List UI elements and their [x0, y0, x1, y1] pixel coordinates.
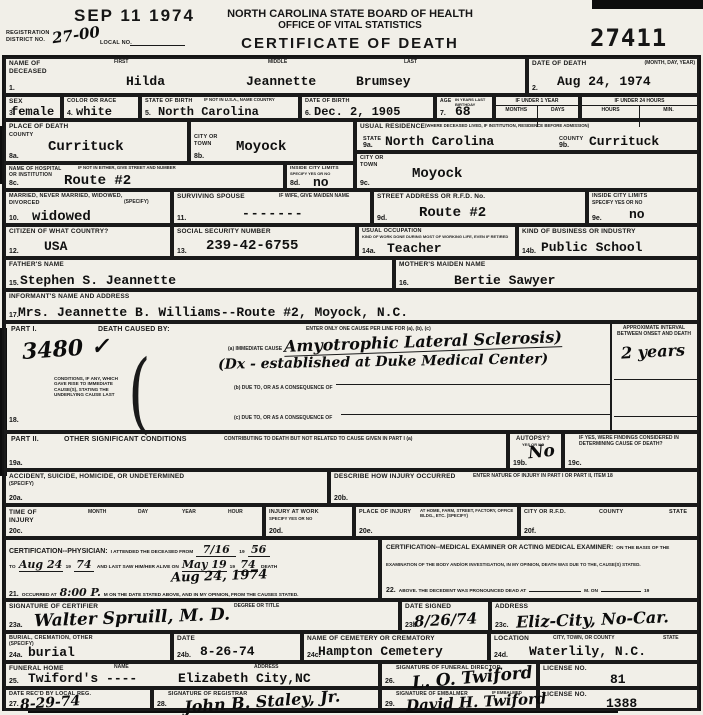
item-number: 13. [177, 248, 187, 255]
field-registrar-signature: SIGNATURE OF REGISTRAR John B. Staley, J… [152, 688, 380, 711]
address-label: ADDRESS [495, 603, 528, 611]
due-to-b-blank [336, 384, 611, 385]
date-signed-handwritten: 8/26/74 [414, 609, 478, 630]
field-ssn: SOCIAL SECURITY NUMBER 239-42-6755 13. [172, 225, 357, 258]
date-of-death-value: Aug 24, 1974 [557, 74, 651, 89]
field-date-received: DATE REC'D BY LOCAL REG. 8-29-74 27. [4, 688, 152, 711]
race-label: COLOR OR RACE [67, 98, 116, 105]
item-number: 8c. [9, 180, 19, 187]
field-certification-physician: CERTIFICATION--PHYSICIAN: I ATTENDED THE… [4, 538, 380, 600]
cert-physician-title: CERTIFICATION--PHYSICIAN: [9, 548, 108, 555]
item-number: 15. [9, 280, 19, 287]
item-number: 22. [386, 587, 396, 594]
state-of-birth-value: North Carolina [158, 105, 259, 119]
occupation-sub: KIND OF WORK DONE DURING MOST OF WORKING… [362, 235, 512, 240]
field-injury-description: DESCRIBE HOW INJURY OCCURRED ENTER NATUR… [329, 470, 699, 505]
place-of-injury-label: PLACE OF INJURY [359, 509, 411, 516]
city-or-rfd-label: CITY OR R.F.D. [524, 509, 566, 516]
under-1-year-label: IF UNDER 1 YEAR [496, 97, 578, 106]
item-number: 3. [9, 110, 15, 117]
field-disposition: BURIAL, CREMATION, OTHER (SPECIFY) buria… [4, 632, 172, 662]
item-number: 9c. [360, 180, 370, 187]
location-value: Waterlily, N.C. [529, 644, 646, 659]
item-number: 20f. [524, 528, 536, 535]
injury-state-label: STATE [669, 509, 687, 516]
field-state-of-birth: STATE OF BIRTH IF NOT IN U.S.A., NAME CO… [140, 95, 300, 120]
residence-city-value: Moyock [412, 166, 462, 182]
item-number: 20d. [269, 528, 283, 535]
hospital-sub: IF NOT IN EITHER, GIVE STREET AND NUMBER [78, 166, 248, 171]
field-inside-city-limits-9e: INSIDE CITY LIMITS SPECIFY YES OR NO no … [587, 190, 699, 225]
inside-city-value: no [313, 175, 329, 190]
middle-name-value: Jeannette [246, 74, 316, 89]
item-number: 2. [532, 85, 538, 92]
date-signed-label: DATE SIGNED [405, 603, 451, 611]
section-part1-cause-of-death: PART I. DEATH CAUSED BY: ENTER ONLY ONE … [4, 322, 699, 432]
form-header: NORTH CAROLINA STATE BOARD OF HEALTH OFF… [170, 8, 530, 52]
form-title: CERTIFICATE OF DEATH [170, 35, 530, 52]
disposition-value: burial [28, 645, 75, 660]
certificate-number: 27411 [590, 24, 667, 52]
hour-label: HOUR [228, 510, 243, 516]
pronounced-dead-label: ABOVE. THE DECEDENT WAS PRONOUNCED DEAD … [399, 589, 526, 594]
time-of-injury-label: TIME OF INJURY [9, 509, 45, 525]
last-saw-alive-label: AND LAST SAW HIM/HER ALIVE ON [97, 565, 179, 570]
city-or-town-label: CITY OR TOWN [194, 134, 224, 147]
item-number: 26. [385, 678, 395, 685]
state-of-birth-sub: IF NOT IN U.S.A., NAME COUNTRY [204, 98, 294, 103]
field-embalmer-license: LICENSE NO. 1388 [538, 688, 699, 711]
spouse-label: SURVIVING SPOUSE [177, 193, 245, 201]
item-number: 24c. [307, 652, 321, 659]
item-number: 12. [9, 248, 19, 255]
attended-from-handwritten: 7/16 [196, 543, 236, 557]
scan-artifact-top-right [592, 0, 703, 9]
street-address-label: STREET ADDRESS OR R.F.D. No. [377, 193, 485, 201]
spouse-sub: IF WIFE, GIVE MAIDEN NAME [279, 194, 349, 200]
location-sub: CITY, TOWN, OR COUNTY [553, 636, 615, 642]
field-citizen: CITIZEN OF WHAT COUNTRY? USA 12. [4, 225, 172, 258]
item-number: 17. [9, 312, 19, 319]
license-no-value: 81 [610, 672, 626, 687]
item-number: 7. [440, 110, 446, 117]
findings-label: IF YES, WERE FINDINGS CONSIDERED IN DETE… [579, 436, 697, 448]
field-informant: INFORMANT'S NAME AND ADDRESS Mrs. Jeanne… [4, 290, 699, 322]
ssn-value: 239-42-6755 [206, 238, 298, 254]
conditions-note: CONDITIONS, IF ANY, WHICH GAVE RISE TO I… [54, 376, 124, 397]
field-funeral-home: FUNERAL HOME NAME ADDRESS Twiford's ----… [4, 662, 380, 688]
street-address-value: Route #2 [419, 205, 486, 221]
injury-desc-label: DESCRIBE HOW INJURY OCCURRED [334, 473, 456, 481]
county-value: Currituck [48, 139, 124, 155]
item-number: 9b. [559, 142, 569, 149]
informant-label: INFORMANT'S NAME AND ADDRESS [9, 293, 129, 301]
residence-county-value: Currituck [589, 134, 659, 149]
field-autopsy-findings: IF YES, WERE FINDINGS CONSIDERED IN DETE… [563, 432, 699, 470]
field-color-or-race: COLOR OR RACE white 4. [62, 95, 140, 120]
hospital-value: Route #2 [64, 173, 131, 189]
item-number: 8d. [290, 180, 300, 187]
age-label: AGE [440, 98, 451, 104]
funeral-home-name-value: Twiford's ---- [28, 671, 137, 686]
field-certifier-signature: SIGNATURE OF CERTIFIER DEGREE OR TITLE W… [4, 600, 400, 632]
interval-label: APPROXIMATE INTERVAL BETWEEN ONSET AND D… [615, 326, 693, 338]
pronounced-time-blank [529, 584, 581, 592]
funeral-home-address-value: Elizabeth City,NC [178, 671, 311, 686]
last-name-value: Brumsey [356, 74, 411, 89]
name-col-last: LAST [404, 60, 417, 66]
item-number: 14a. [362, 248, 376, 255]
item-number: 23a. [9, 622, 23, 629]
field-place-of-death-city: CITY OR TOWN Moyock 8b. [189, 120, 355, 163]
part2-sub: CONTRIBUTING TO DEATH BUT NOT RELATED TO… [224, 437, 494, 443]
disposition-date-value: 8-26-74 [200, 644, 255, 659]
location-state-sub: STATE [663, 636, 679, 642]
item-number: 27. [9, 701, 19, 708]
injury-at-work-sub: SPECIFY YES OR NO [269, 517, 312, 522]
citizen-label: CITIZEN OF WHAT COUNTRY? [9, 228, 108, 236]
item-number: 8b. [194, 153, 204, 160]
year-prefix: 19 [239, 550, 244, 555]
registration-district-block: REGISTRATION DISTRICT NO. [6, 30, 50, 43]
item-number: 29. [385, 701, 395, 708]
funeral-home-name-label: NAME [114, 665, 129, 671]
ssn-label: SOCIAL SECURITY NUMBER [177, 228, 271, 236]
field-date-of-death: DATE OF DEATH (MONTH, DAY, YEAR) Aug 24,… [527, 57, 699, 95]
item-number: 5. [145, 110, 151, 117]
under-24-hours-label: IF UNDER 24 HOURS [582, 97, 697, 106]
usual-residence-label: USUAL RESIDENCE [360, 123, 425, 131]
residence-state-value: North Carolina [385, 134, 494, 149]
field-embalmer-signature: SIGNATURE OF EMBALMER IF EMBALMED David … [380, 688, 538, 711]
item-number: 20e. [359, 528, 373, 535]
spouse-value: ------- [242, 206, 304, 221]
item-number: 23b. [405, 622, 419, 629]
city-value: Moyock [236, 139, 286, 155]
field-time-of-injury: TIME OF INJURY MONTH DAY YEAR HOUR 20c. [4, 505, 264, 538]
cert-examiner-title: CERTIFICATION--MEDICAL EXAMINER OR ACTIN… [386, 544, 613, 551]
sex-value: female [11, 105, 54, 119]
office-name: OFFICE OF VITAL STATISTICS [170, 20, 530, 31]
mother-value: Bertie Sawyer [454, 273, 555, 288]
field-age: AGE IN YEARS LAST BIRTHDAY 68 7. [435, 95, 494, 120]
to-label: TO [9, 565, 16, 570]
interval-value-handwritten: 2 years [621, 340, 686, 362]
hospital-label: NAME OF HOSPITAL OR INSTITUTION [9, 166, 67, 178]
field-residence-city: CITY OR TOWN Moyock 9c. [355, 152, 699, 190]
part1-label: PART I. [11, 326, 37, 334]
death-certificate-document: SEP 11 1974 REGISTRATION DISTRICT NO. 27… [0, 0, 703, 715]
name-col-middle: MIDDLE [268, 60, 287, 66]
check-mark: ✓ [90, 333, 110, 360]
funeral-home-address-label: ADDRESS [254, 665, 278, 671]
field-funeral-director-signature: SIGNATURE OF FUNERAL DIRECTOR L. O. Twif… [380, 662, 538, 688]
item-number: 24a. [9, 652, 23, 659]
item-number: 18. [9, 417, 19, 424]
board-name: NORTH CAROLINA STATE BOARD OF HEALTH [170, 8, 530, 20]
registration-label-line2: DISTRICT NO. [6, 37, 50, 44]
item-number: 4. [67, 110, 73, 117]
informant-value: Mrs. Jeannette B. Williams--Route #2, Mo… [18, 305, 408, 320]
field-mother-name: MOTHER'S MAIDEN NAME Bertie Sawyer 16. [394, 258, 699, 290]
field-cemetery-location: LOCATION CITY, TOWN, OR COUNTY STATE Wat… [489, 632, 699, 662]
date-received-handwritten: 8-29-74 [20, 693, 81, 713]
margin-code: 3480 [21, 335, 84, 365]
field-place-of-injury: PLACE OF INJURY AT HOME, FARM, STREET, F… [354, 505, 519, 538]
margin-code-handwritten: 3480 ✓ [21, 333, 110, 365]
attended-to-year-handwritten: 74 [74, 558, 94, 572]
item-number: 6. [305, 110, 311, 117]
item-number: 20a. [9, 495, 23, 502]
field-surviving-spouse: SURVIVING SPOUSE IF WIFE, GIVE MAIDEN NA… [172, 190, 372, 225]
immediate-cause-label: (a) IMMEDIATE CAUSE [228, 347, 282, 353]
item-number: 19a. [9, 460, 23, 467]
month-label: MONTH [88, 510, 106, 516]
field-place-of-death-county: PLACE OF DEATH COUNTY Currituck 8a. [4, 120, 189, 163]
field-name-of-deceased: NAME OF DECEASED FIRST MIDDLE LAST Hilda… [4, 57, 527, 95]
field-injury-location: CITY OR R.F.D. COUNTY STATE 20f. [519, 505, 699, 538]
father-value: Stephen S. Jeannette [20, 273, 176, 288]
item-number: 1. [9, 85, 15, 92]
part2-label: PART II. [11, 436, 39, 444]
due-to-b-label: (b) DUE TO, OR AS A CONSEQUENCE OF [234, 386, 333, 392]
interval-row-line-1 [614, 379, 697, 380]
state-of-birth-label: STATE OF BIRTH [145, 98, 193, 105]
field-if-under-24-hours: IF UNDER 24 HOURS HOURS MIN. [580, 95, 699, 120]
item-number: 21. [9, 591, 19, 598]
field-certification-examiner: CERTIFICATION--MEDICAL EXAMINER OR ACTIN… [380, 538, 699, 600]
part2-title: OTHER SIGNIFICANT CONDITIONS [64, 436, 187, 444]
item-number: 24d. [494, 652, 508, 659]
item-number: 20c. [9, 528, 23, 535]
location-label: LOCATION [494, 635, 529, 643]
degree-or-title-label: DEGREE OR TITLE [234, 604, 279, 610]
cert-physician-seg1: I ATTENDED THE DECEASED FROM [111, 550, 194, 555]
pronounced-date-blank [601, 584, 641, 592]
field-marital-status: MARRIED, NEVER MARRIED, WIDOWED, DIVORCE… [4, 190, 172, 225]
field-street-address: STREET ADDRESS OR R.F.D. No. Route #2 9d… [372, 190, 587, 225]
inside-city-value: no [629, 207, 645, 222]
race-value: white [76, 105, 112, 119]
father-label: FATHER'S NAME [9, 261, 64, 269]
injury-county-label: COUNTY [599, 509, 623, 516]
marital-label: MARRIED, NEVER MARRIED, WIDOWED, DIVORCE… [9, 193, 129, 206]
field-industry: KIND OF BUSINESS OR INDUSTRY Public Scho… [517, 225, 699, 258]
due-to-c-label: (c) DUE TO, OR AS A CONSEQUENCE OF [234, 416, 332, 422]
attended-from-year-handwritten: 56 [248, 543, 270, 557]
place-of-death-label: PLACE OF DEATH [9, 123, 68, 131]
item-number: 8a. [9, 153, 19, 160]
cemetery-value: Hampton Cemetery [318, 644, 443, 659]
item-number: 14b. [522, 248, 536, 255]
injury-desc-sub: ENTER NATURE OF INJURY IN PART I OR PART… [473, 474, 683, 480]
first-name-value: Hilda [126, 74, 165, 89]
field-hospital-or-institution: NAME OF HOSPITAL OR INSTITUTION IF NOT I… [4, 163, 285, 190]
field-cemetery: NAME OF CEMETERY OR CREMATORY Hampton Ce… [302, 632, 489, 662]
citizen-value: USA [44, 239, 67, 254]
date-of-death-label: DATE OF DEATH [532, 60, 586, 68]
occurred-at-label: OCCURRED AT [22, 593, 57, 598]
manner-label: ACCIDENT, SUICIDE, HOMICIDE, OR UNDETERM… [9, 473, 309, 481]
brace-glyph: ( [128, 341, 151, 443]
item-number: 25. [9, 678, 19, 685]
industry-value: Public School [541, 240, 642, 255]
death-date-overwrite-handwritten: Aug 24, 1974 [171, 567, 268, 585]
county-label: COUNTY [9, 132, 33, 139]
item-number: 9d. [377, 215, 387, 222]
item-number: 19b. [513, 460, 527, 467]
field-usual-residence: USUAL RESIDENCE (WHERE DECEASED LIVED, I… [355, 120, 699, 152]
time-of-death-handwritten: 8:00 P. [60, 586, 101, 600]
injury-at-work-label: INJURY AT WORK [269, 509, 319, 516]
name-label: NAME OF DECEASED [9, 60, 51, 76]
occupation-value: Teacher [387, 241, 442, 256]
field-certifier-address: ADDRESS Eliz-City, No-Car. 23c. [490, 600, 699, 632]
usual-residence-sub: (WHERE DECEASED LIVED, IF INSTITUTION, R… [425, 124, 695, 129]
marital-sub: (SPECIFY) [124, 200, 149, 206]
inside-city-label: INSIDE CITY LIMITS [592, 193, 647, 200]
marital-value: widowed [32, 209, 91, 225]
field-father-name: FATHER'S NAME Stephen S. Jeannette 15. [4, 258, 394, 290]
field-date-signed: DATE SIGNED 8/26/74 23b. [400, 600, 490, 632]
cert-examiner-seg1: ON THE BASIS OF THE [616, 546, 669, 551]
date-of-birth-value: Dec. 2, 1905 [314, 105, 400, 119]
item-number: 19c. [568, 460, 582, 467]
cause-line2-handwritten: (Dx - established at Duke Medical Center… [218, 351, 548, 373]
day-label: DAY [138, 510, 148, 516]
field-director-license: LICENSE NO. 81 [538, 662, 699, 688]
m-on-label: M. ON [584, 589, 598, 594]
item-number: 20b. [334, 495, 348, 502]
license-no-label: LICENSE NO. [543, 665, 587, 673]
field-if-under-1-year: IF UNDER 1 YEAR MONTHS DAYS [494, 95, 580, 120]
item-number: 24b. [177, 652, 191, 659]
year-label: YEAR [182, 510, 196, 516]
mother-label: MOTHER'S MAIDEN NAME [399, 261, 485, 269]
year-19-label: 19 [644, 589, 649, 594]
place-of-injury-sub: AT HOME, FARM, STREET, FACTORY, OFFICE B… [420, 509, 515, 519]
inside-city-sub: SPECIFY YES OR NO [592, 201, 642, 207]
registration-district-value: 27-00 [51, 23, 101, 48]
item-number: 16. [399, 280, 409, 287]
cert-examiner-seg2: EXAMINATION OF THE BODY AND/OR INVESTIGA… [386, 562, 691, 567]
field-part2-other-conditions: PART II. OTHER SIGNIFICANT CONDITIONS CO… [4, 432, 508, 470]
field-disposition-date: DATE 8-26-74 24b. [172, 632, 302, 662]
address-handwritten: Eliz-City, No-Car. [516, 607, 669, 631]
interval-row-line-2 [614, 416, 697, 417]
name-col-first: FIRST [114, 60, 128, 66]
field-autopsy: AUTOPSY? YES OR NO No 19b. [508, 432, 563, 470]
item-number: 23c. [495, 622, 509, 629]
attended-to-handwritten: Aug 24 [19, 558, 63, 572]
opinion-label: M ON THE DATE STATED ABOVE, AND IN MY OP… [104, 593, 299, 598]
industry-label: KIND OF BUSINESS OR INDUSTRY [522, 228, 636, 236]
license-no-label: LICENSE NO. [543, 691, 587, 699]
license-no-value: 1388 [606, 696, 637, 711]
item-number: 11. [177, 215, 186, 222]
part1-title: DEATH CAUSED BY: [98, 326, 170, 334]
field-injury-at-work: INJURY AT WORK SPECIFY YES OR NO 20d. [264, 505, 354, 538]
item-number: 28. [157, 701, 167, 708]
date-of-birth-label: DATE OF BIRTH [305, 98, 350, 105]
manner-sub: (SPECIFY) [9, 482, 34, 488]
field-occupation: USUAL OCCUPATION KIND OF WORK DONE DURIN… [357, 225, 517, 258]
disposition-date-label: DATE [177, 635, 195, 643]
date-of-death-sub: (MONTH, DAY, YEAR) [644, 61, 695, 67]
item-number: 9a. [363, 142, 373, 149]
field-date-of-birth: DATE OF BIRTH Dec. 2, 1905 6. [300, 95, 435, 120]
local-no-label: LOCAL NO. [100, 40, 132, 47]
age-value: 68 [455, 104, 471, 119]
due-to-c-blank [341, 414, 611, 415]
item-number: 9e. [592, 215, 602, 222]
field-inside-city-limits-8d: INSIDE CITY LIMITS SPECIFY YES OR NO no … [285, 163, 355, 190]
autopsy-value-handwritten: No [527, 441, 556, 464]
field-sex: SEX female 3. [4, 95, 62, 120]
cemetery-label: NAME OF CEMETERY OR CREMATORY [307, 635, 435, 643]
year-prefix: 19 [66, 565, 71, 570]
registration-label-line1: REGISTRATION [6, 30, 50, 37]
residence-city-label: CITY OR TOWN [360, 155, 390, 168]
item-number: 10. [9, 215, 19, 222]
field-manner-of-death: ACCIDENT, SUICIDE, HOMICIDE, OR UNDETERM… [4, 470, 329, 505]
